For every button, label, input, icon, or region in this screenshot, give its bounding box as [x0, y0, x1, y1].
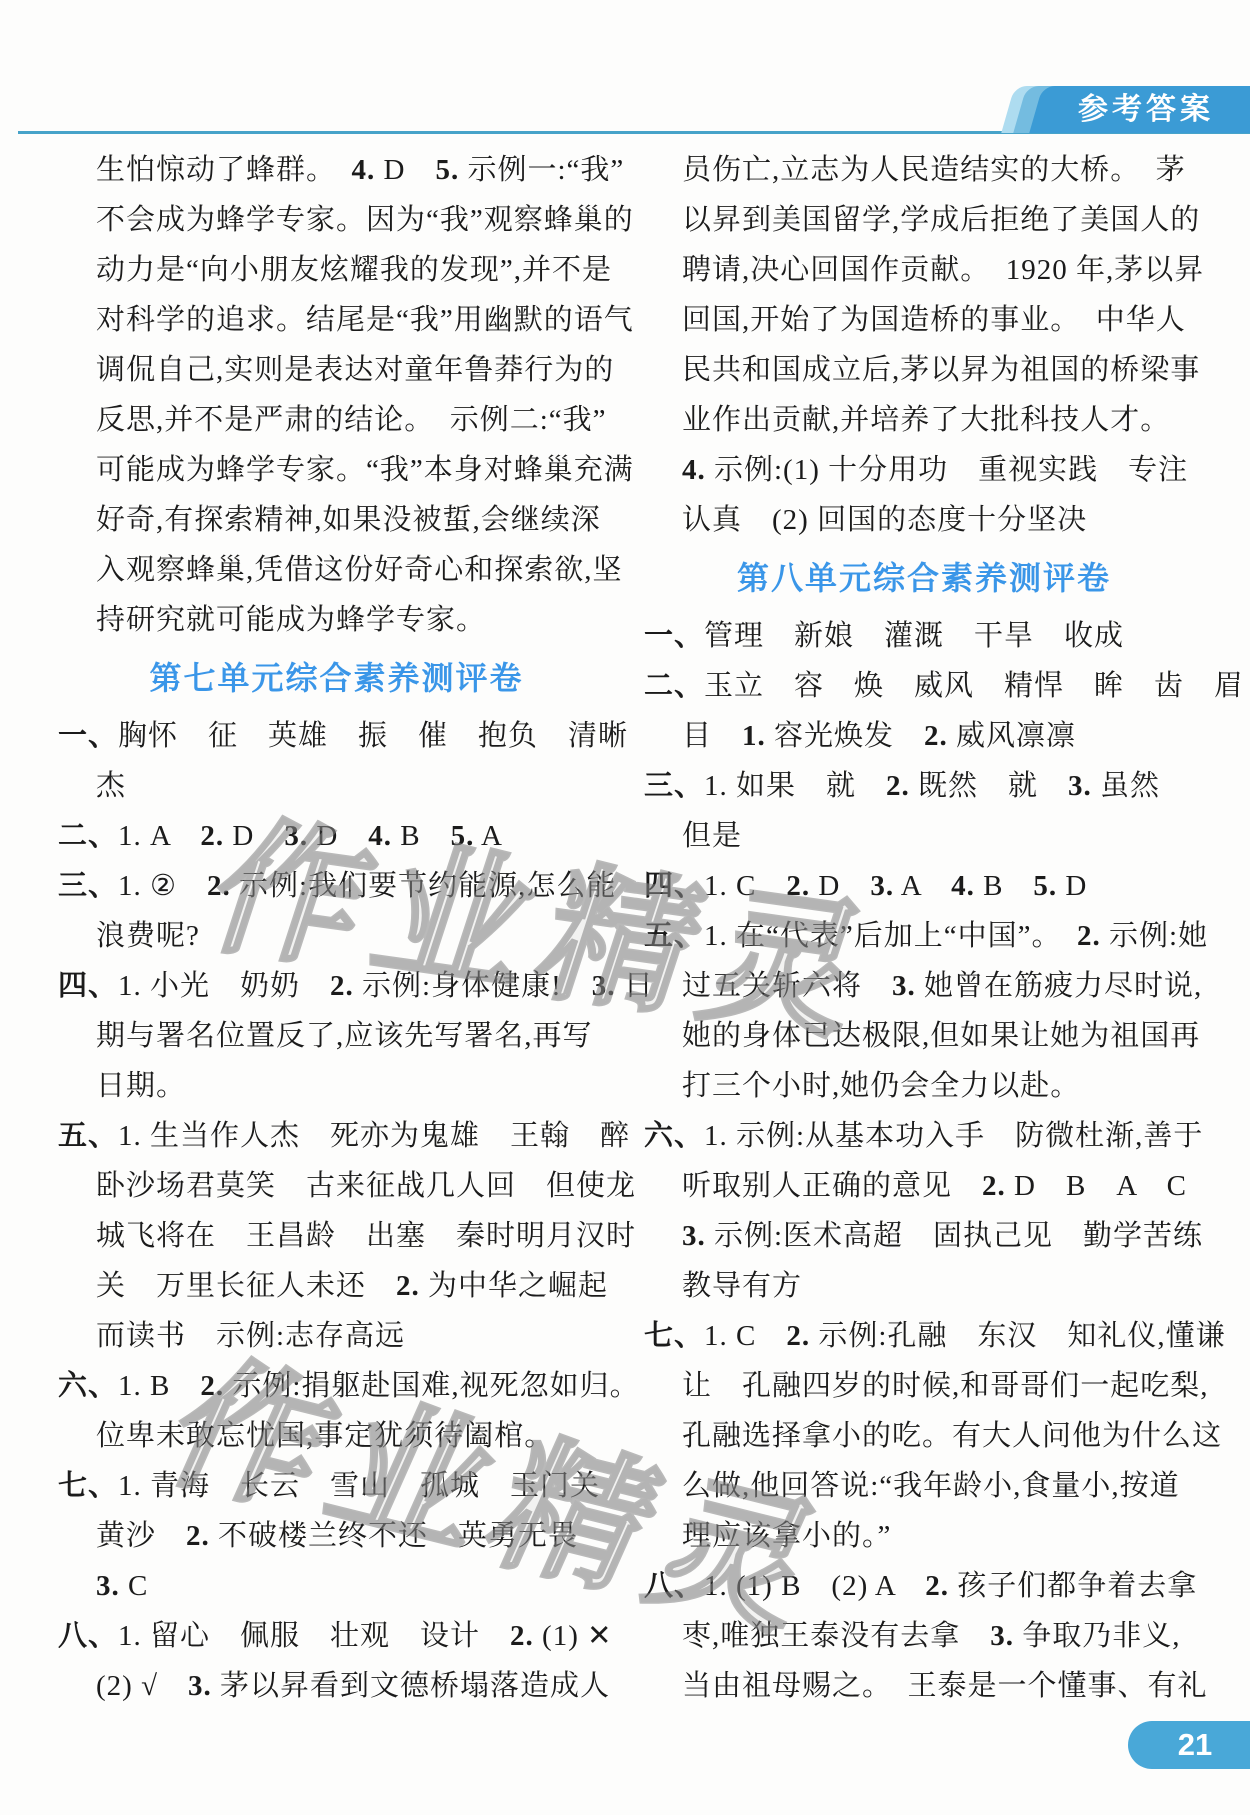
text-line: 一、管理 新娘 灌溉 干旱 收成 — [644, 611, 1204, 661]
text-line: 4. 示例:(1) 十分用功 重视实践 专注 — [644, 445, 1204, 495]
text-line: 民共和国成立后,茅以昇为祖国的桥梁事 — [644, 345, 1204, 395]
text-line: 对科学的追求。结尾是“我”用幽默的语气 — [58, 295, 615, 345]
text-line: 回国,开始了为国造桥的事业。 中华人 — [644, 295, 1204, 345]
text-line: 过五关斩六将 3. 她曾在筋疲力尽时说, — [644, 961, 1204, 1011]
text-line: 期与署名位置反了,应该先写署名,再写 — [58, 1011, 615, 1061]
text-line: 好奇,有探索精神,如果没被蜇,会继续深 — [58, 495, 615, 545]
text-line: 黄沙 2. 不破楼兰终不还 英勇无畏 — [58, 1511, 615, 1561]
text-line: 四、1. C 2. D 3. A 4. B 5. D — [644, 861, 1204, 911]
text-line: 八、1. 留心 佩服 壮观 设计 2. (1) ✕ — [58, 1611, 615, 1661]
text-line: 么做,他回答说:“我年龄小,食量小,按道 — [644, 1461, 1204, 1511]
text-line: 杰 — [58, 761, 615, 811]
text-line: 以昇到美国留学,学成后拒绝了美国人的 — [644, 195, 1204, 245]
text-line: 五、1. 生当作人杰 死亦为鬼雄 王翰 醉 — [58, 1111, 615, 1161]
text-line: 五、1. 在“代表”后加上“中国”。 2. 示例:她 — [644, 911, 1204, 961]
section-header: 第八单元综合素养测评卷 — [644, 545, 1204, 611]
text-line: 3. 示例:医术高超 固执己见 勤学苦练 — [644, 1211, 1204, 1261]
text-line: 听取别人正确的意见 2. D B A C — [644, 1161, 1204, 1211]
text-line: 城飞将在 王昌龄 出塞 秦时明月汉时 — [58, 1211, 615, 1261]
text-line: 六、1. B 2. 示例:捐躯赴国难,视死忽如归。 — [58, 1361, 615, 1411]
text-line: 目 1. 容光焕发 2. 威风凛凛 — [644, 711, 1204, 761]
text-line: 孔融选择拿小的吃。有大人问他为什么这 — [644, 1411, 1204, 1461]
right-column: 员伤亡,立志为人民造结实的大桥。 茅以昇到美国留学,学成后拒绝了美国人的聘请,决… — [644, 145, 1204, 1711]
text-line: 日期。 — [58, 1061, 615, 1111]
text-line: 卧沙场君莫笑 古来征战几人回 但使龙 — [58, 1161, 615, 1211]
text-line: 反思,并不是严肃的结论。 示例二:“我” — [58, 395, 615, 445]
text-line: 二、玉立 容 焕 威风 精悍 眸 齿 眉 — [644, 661, 1204, 711]
left-column: 生怕惊动了蜂群。 4. D 5. 示例一:“我”不会成为蜂学专家。因为“我”观察… — [58, 145, 615, 1711]
section-header: 第七单元综合素养测评卷 — [58, 645, 615, 711]
text-line: 当由祖母赐之。 王泰是一个懂事、有礼 — [644, 1661, 1204, 1711]
text-line: 不会成为蜂学专家。因为“我”观察蜂巢的 — [58, 195, 615, 245]
text-line: 她的身体已达极限,但如果让她为祖国再 — [644, 1011, 1204, 1061]
text-line: 3. C — [58, 1561, 615, 1611]
text-line: 三、1. 如果 就 2. 既然 就 3. 虽然 — [644, 761, 1204, 811]
text-line: 教导有方 — [644, 1261, 1204, 1311]
text-line: 入观察蜂巢,凭借这份好奇心和探索欲,坚 — [58, 545, 615, 595]
text-line: 可能成为蜂学专家。“我”本身对蜂巢充满 — [58, 445, 615, 495]
text-line: 位卑未敢忘忧国,事定犹须待阖棺。 — [58, 1411, 615, 1461]
text-line: 调侃自己,实则是表达对童年鲁莽行为的 — [58, 345, 615, 395]
text-line: 关 万里长征人未还 2. 为中华之崛起 — [58, 1261, 615, 1311]
text-line: 让 孔融四岁的时候,和哥哥们一起吃梨, — [644, 1361, 1204, 1411]
text-line: 认真 (2) 回国的态度十分坚决 — [644, 495, 1204, 545]
text-line: 打三个小时,她仍会全力以赴。 — [644, 1061, 1204, 1111]
page-number-badge: 21 — [1128, 1721, 1250, 1769]
answers-badge: 参考答案 — [1000, 86, 1250, 133]
answers-badge-label: 参考答案 — [1078, 86, 1214, 133]
text-line: 七、1. 青海 长云 雪山 孤城 玉门关 — [58, 1461, 615, 1511]
text-line: 四、1. 小光 奶奶 2. 示例:身体健康! 3. 日 — [58, 961, 615, 1011]
text-line: 二、1. A 2. D 3. D 4. B 5. A — [58, 811, 615, 861]
text-line: 浪费呢? — [58, 911, 615, 961]
text-line: 一、胸怀 征 英雄 振 催 抱负 清晰 — [58, 711, 615, 761]
text-line: 生怕惊动了蜂群。 4. D 5. 示例一:“我” — [58, 145, 615, 195]
text-line: 动力是“向小朋友炫耀我的发现”,并不是 — [58, 245, 615, 295]
text-line: 持研究就可能成为蜂学专家。 — [58, 595, 615, 645]
text-line: 但是 — [644, 811, 1204, 861]
answer-key-page: { "page": { "header_badge": "参考答案", "pag… — [0, 0, 1250, 1815]
text-line: 聘请,决心回国作贡献。 1920 年,茅以昇 — [644, 245, 1204, 295]
text-line: 业作出贡献,并培养了大批科技人才。 — [644, 395, 1204, 445]
text-line: 六、1. 示例:从基本功入手 防微杜渐,善于 — [644, 1111, 1204, 1161]
text-line: 八、1. (1) B (2) A 2. 孩子们都争着去拿 — [644, 1561, 1204, 1611]
text-line: 枣,唯独王泰没有去拿 3. 争取乃非义, — [644, 1611, 1204, 1661]
text-line: 而读书 示例:志存高远 — [58, 1311, 615, 1361]
text-line: (2) √ 3. 茅以昇看到文德桥塌落造成人 — [58, 1661, 615, 1711]
text-line: 理应该拿小的。” — [644, 1511, 1204, 1561]
text-line: 七、1. C 2. 示例:孔融 东汉 知礼仪,懂谦 — [644, 1311, 1204, 1361]
text-line: 三、1. ② 2. 示例:我们要节约能源,怎么能 — [58, 861, 615, 911]
text-line: 员伤亡,立志为人民造结实的大桥。 茅 — [644, 145, 1204, 195]
